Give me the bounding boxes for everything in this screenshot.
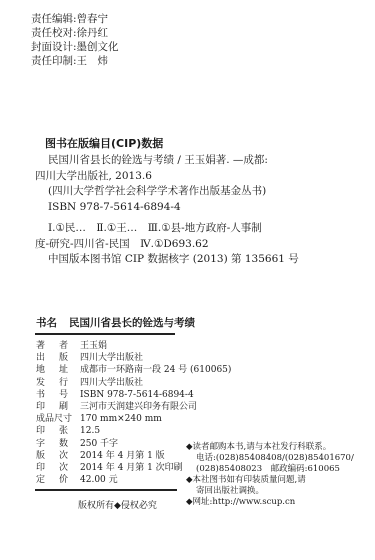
cip-title: 图书在版编目(CIP)数据	[45, 135, 163, 151]
copyright-notice: 版权所有◆侵权必究	[78, 498, 157, 511]
divider	[35, 333, 175, 335]
note-website[interactable]: ◆网址:http://www.scup.cn	[186, 497, 354, 508]
book-title-label: 书名	[36, 317, 57, 329]
info-row-author: 著者王玉娟	[36, 340, 231, 352]
cip-line-1: 民国川省县长的铨选与考绩 / 王玉娟著. —成都:	[35, 153, 299, 169]
info-row-sheets: 印张12.5	[36, 425, 231, 437]
credits-block: 责任编辑:曾春宁 责任校对:徐丹红 封面设计:墨创文化 责任印制:王 炜	[31, 12, 119, 68]
note-mail-order: ◆读者邮购本书,请与本社发行科联系。	[186, 442, 354, 453]
cip-line-3: (四川大学哲学社会科学学术著作出版基金丛书)	[35, 184, 299, 200]
note-quality-cont: 寄回出版社调换。	[186, 486, 354, 497]
divider	[35, 489, 177, 491]
cip-line-6: 度-研究-四川省-民国 Ⅳ.①D693.62	[35, 237, 299, 253]
info-row-address: 地址成都市一环路南一段 24 号 (610065)	[36, 364, 231, 376]
cip-body: 民国川省县长的铨选与考绩 / 王玉娟著. —成都: 四川大学出版社, 2013.…	[35, 153, 299, 268]
info-row-isbn: 书号ISBN 978-7-5614-6894-4	[36, 389, 231, 401]
info-row-distributor: 发行四川大学出版社	[36, 377, 231, 389]
cip-line-4: ISBN 978-7-5614-6894-4	[35, 200, 299, 216]
cip-line-2: 四川大学出版社, 2013.6	[35, 169, 299, 185]
note-phone: 电话:(028)85408408/(028)85401670/	[186, 453, 354, 464]
credit-cover-design: 封面设计:墨创文化	[31, 40, 119, 54]
note-quality: ◆本社图书如有印装质量问题,请	[186, 475, 354, 486]
credit-editor: 责任编辑:曾春宁	[31, 12, 119, 26]
note-phone-postcode: (028)85408023 邮政编码:610065	[186, 464, 354, 475]
credit-printing: 责任印制:王 炜	[31, 54, 119, 68]
book-title: 书名民国川省县长的铨选与考绩	[36, 315, 195, 330]
reader-notes: ◆读者邮购本书,请与本社发行科联系。 电话:(028)85408408/(028…	[186, 442, 354, 508]
info-row-printer: 印刷三河市天润建兴印务有限公司	[36, 401, 231, 413]
info-row-publisher: 出版四川大学出版社	[36, 352, 231, 364]
credit-proofreader: 责任校对:徐丹红	[31, 26, 119, 40]
cip-line-5: Ⅰ.①民… Ⅱ.①王… Ⅲ.①县-地方政府-人事制	[35, 221, 299, 237]
book-title-value: 民国川省县长的铨选与考绩	[69, 317, 195, 329]
info-row-size: 成品尺寸170 mm×240 mm	[36, 413, 231, 425]
cip-line-7: 中国版本图书馆 CIP 数据核字 (2013) 第 135661 号	[35, 252, 299, 268]
